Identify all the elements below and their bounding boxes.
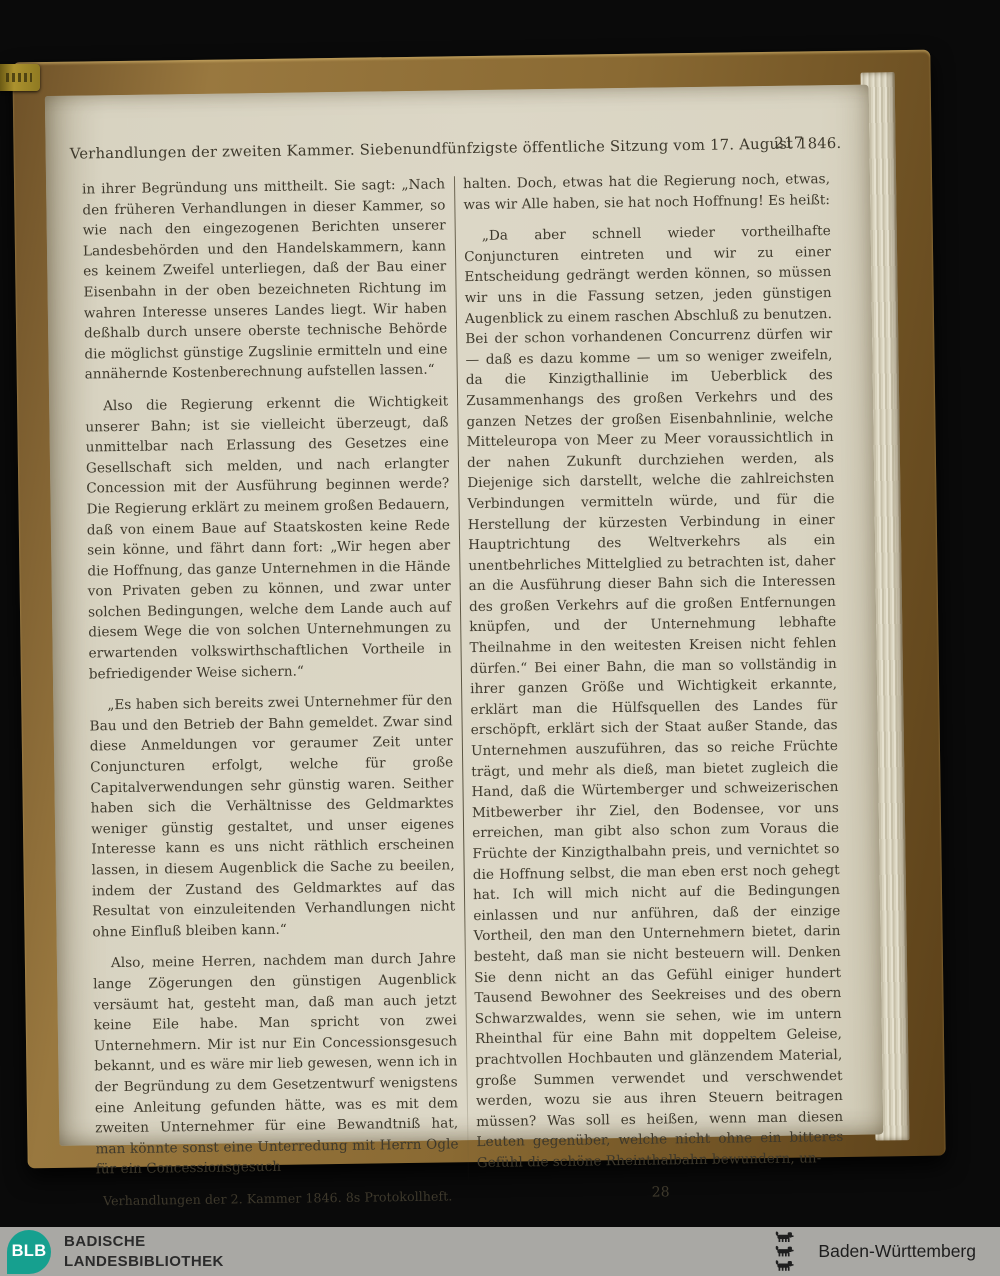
library-name: BADISCHE LANDESBIBLIOTHEK [64, 1232, 224, 1271]
page-number: 217 [774, 133, 803, 151]
scan-viewport: Verhandlungen der zweiten Kammer. Sieben… [0, 0, 1000, 1276]
library-name-line1: BADISCHE [64, 1232, 224, 1252]
paragraph: halten. Doch, etwas hat die Regierung no… [463, 169, 830, 215]
baden-wuerttemberg-lions-icon [765, 1230, 805, 1274]
blb-logo-text: BLB [12, 1242, 47, 1261]
state-name-label: Baden-Württemberg [818, 1241, 976, 1262]
bw-brand-link[interactable]: Baden-Württemberg [765, 1230, 976, 1274]
paragraph: „Da aber schnell wieder vortheilhafte Co… [464, 221, 844, 1173]
paragraph: in ihrer Begründung uns mittheilt. Sie s… [82, 174, 448, 385]
paragraph: Also die Regierung erkennt die Wichtigke… [85, 391, 452, 684]
left-column: in ihrer Begründung uns mittheilt. Sie s… [82, 174, 459, 1211]
blb-brand-link[interactable]: BLB BADISCHE LANDESBIBLIOTHEK [7, 1230, 224, 1274]
sheet-number: 28 [477, 1179, 844, 1205]
library-name-line2: LANDESBIBLIOTHEK [64, 1252, 224, 1272]
book-photo: Verhandlungen der zweiten Kammer. Sieben… [12, 50, 945, 1169]
page-content: Verhandlungen der zweiten Kammer. Sieben… [45, 85, 884, 1146]
blb-logo-icon: BLB [7, 1230, 51, 1274]
running-head: Verhandlungen der zweiten Kammer. Sieben… [81, 135, 829, 162]
right-column: halten. Doch, etwas hat die Regierung no… [463, 169, 844, 1207]
viewer-footer-bar: BLB BADISCHE LANDESBIBLIOTHEK [0, 1227, 1000, 1276]
text-columns: in ihrer Begründung uns mittheilt. Sie s… [82, 169, 844, 1212]
paragraph: „Es haben sich bereits zwei Unternehmer … [89, 691, 455, 943]
signature-line: Verhandlungen der 2. Kammer 1846. 8s Pro… [96, 1186, 459, 1212]
book-page: Verhandlungen der zweiten Kammer. Sieben… [45, 85, 884, 1146]
running-head-title: Verhandlungen der zweiten Kammer. Sieben… [70, 135, 842, 163]
shelf-label [0, 64, 40, 91]
paragraph: Also, meine Herren, nachdem man durch Ja… [93, 949, 459, 1181]
